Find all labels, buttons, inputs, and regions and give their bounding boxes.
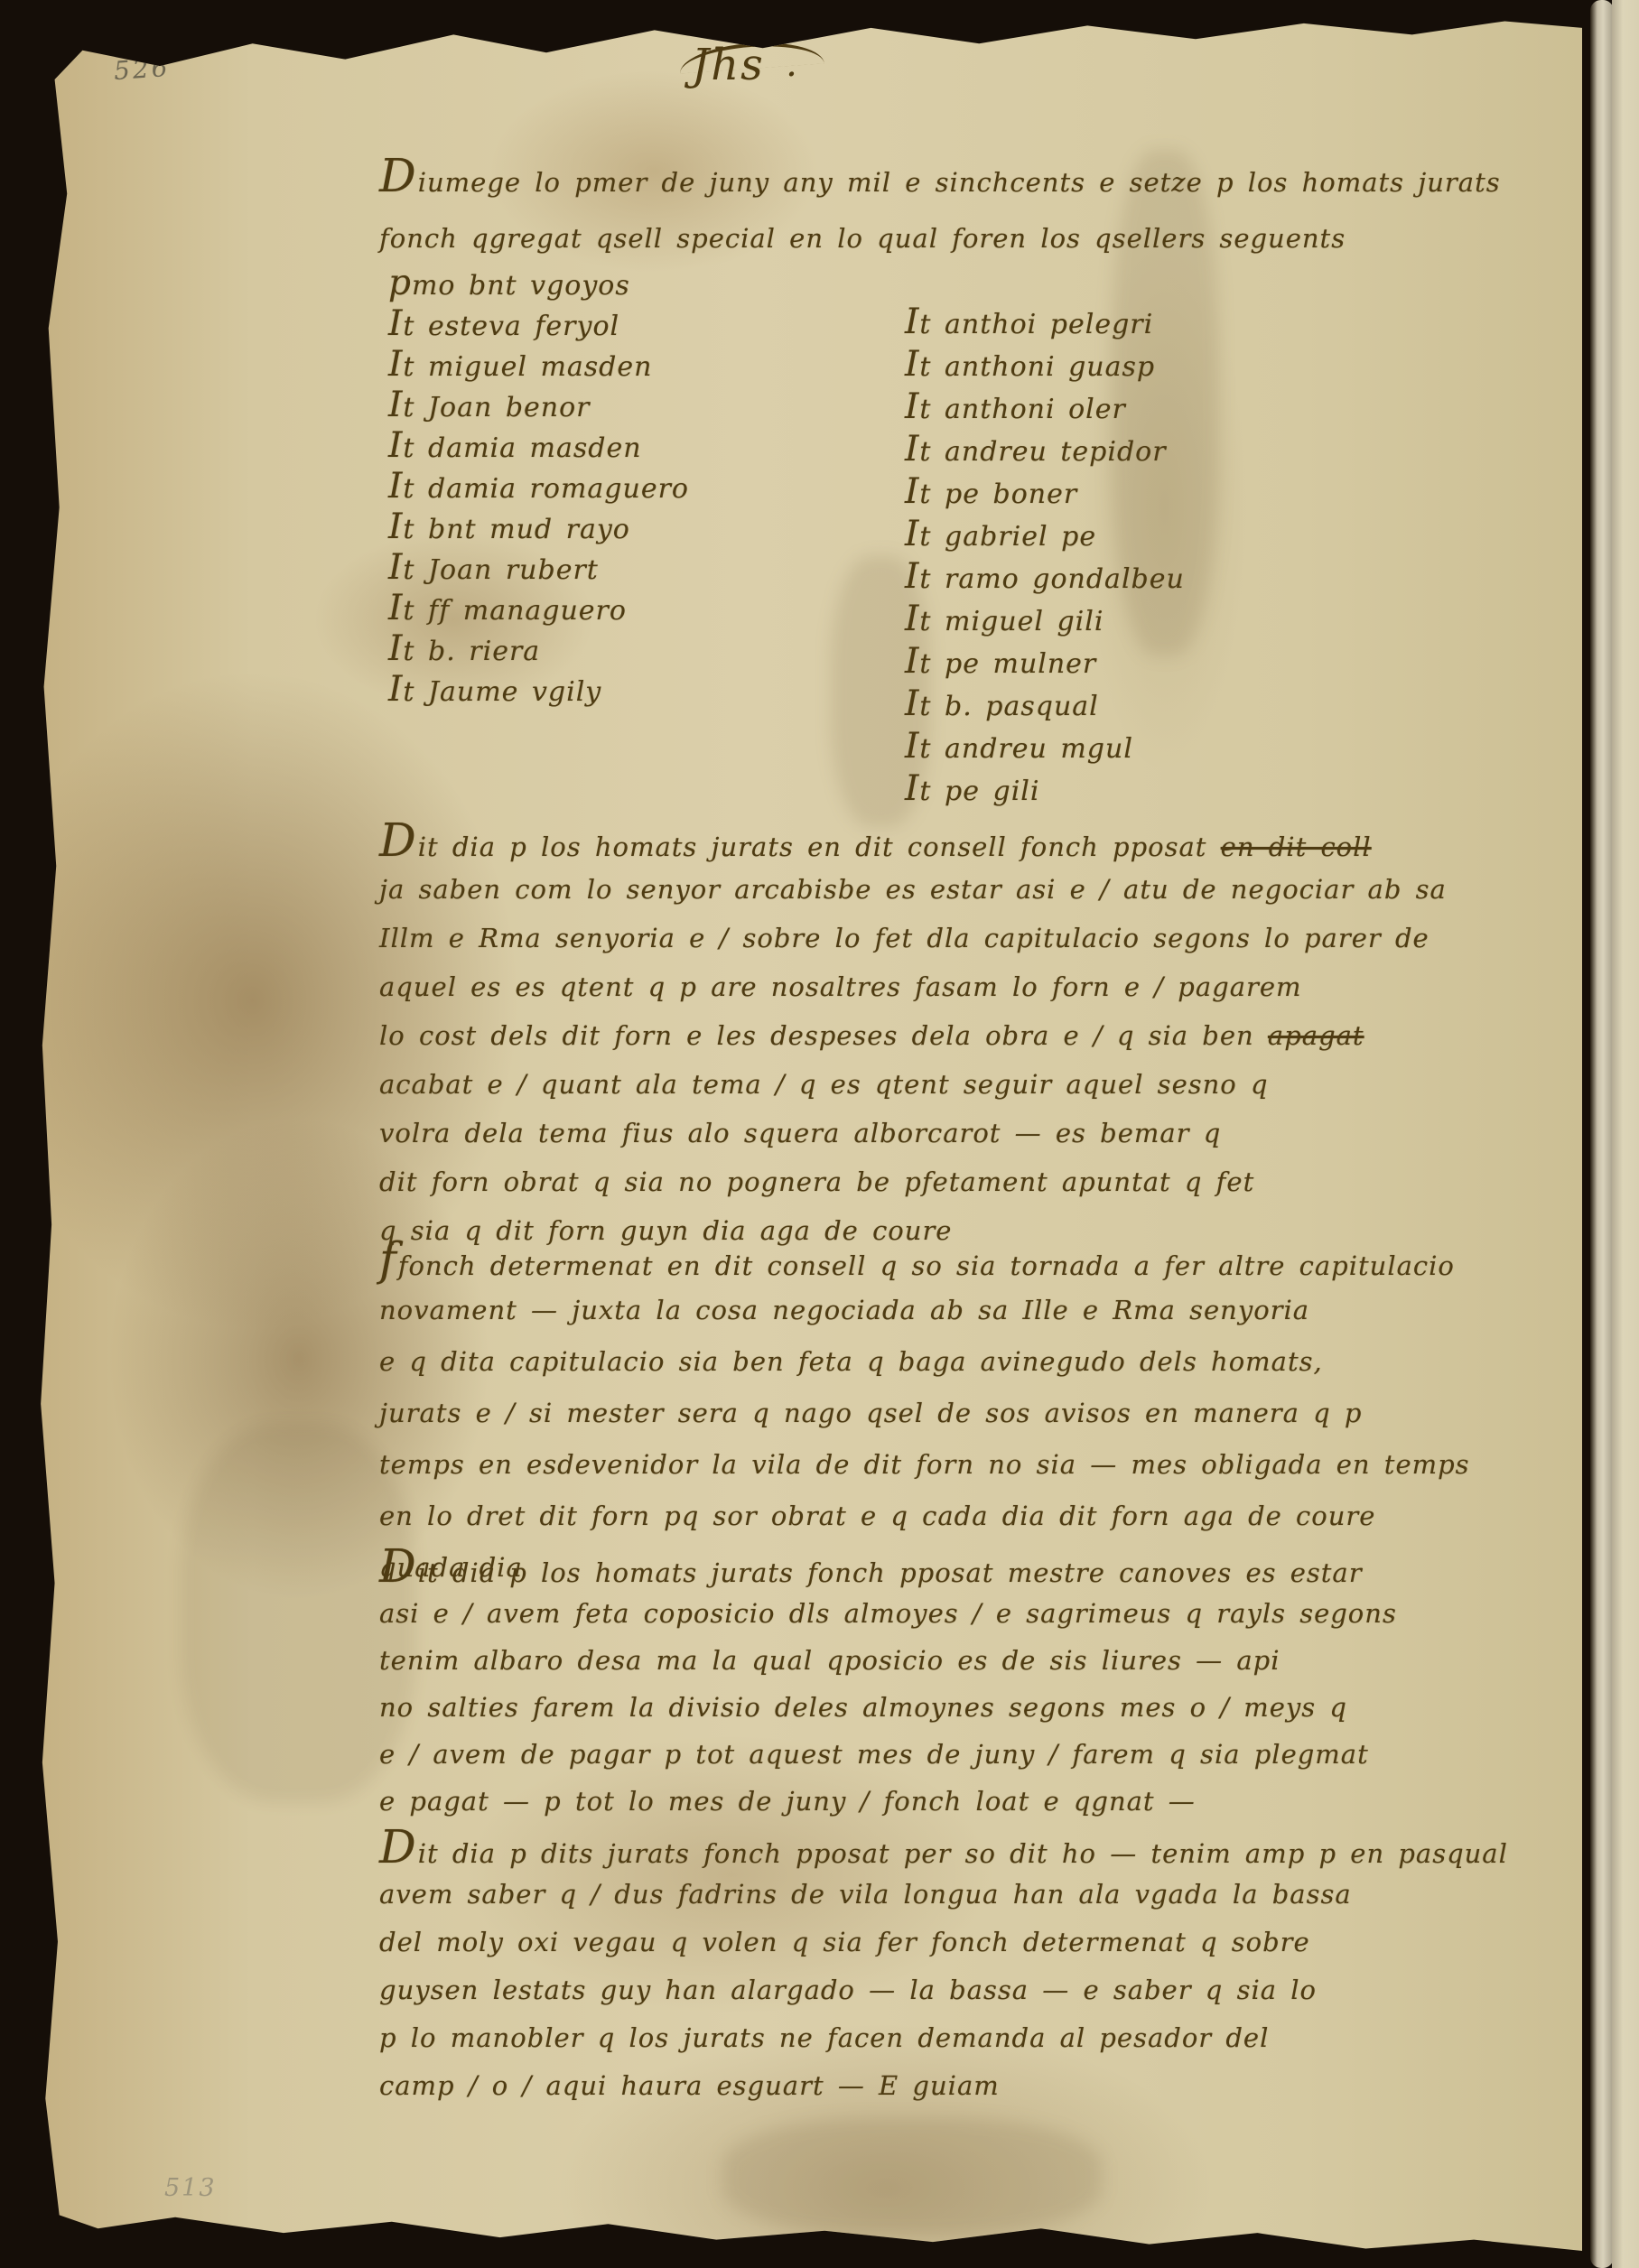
text-line: en lo dret dit forn pq sor obrat e q cad…: [379, 1492, 1470, 1544]
text-line: It pe gili: [905, 768, 1185, 811]
text-line: It andreu tepidor: [905, 429, 1185, 471]
text-line: Dit dia p los homats jurats fonch pposat…: [379, 1545, 1397, 1592]
text-line: volra dela tema fius alo squera alborcar…: [379, 1111, 1447, 1159]
text-line: It esteva feryol: [388, 304, 689, 345]
text-line: It damia masden: [388, 426, 689, 467]
text-line: It Joan benor: [388, 386, 689, 426]
struck-text-segment: en dit coll: [1221, 832, 1372, 862]
session-heading: Diumege lo pmer de juny any mil e sinchc…: [379, 148, 1501, 266]
text-line: e q dita capitulacio sia ben feta q baga…: [379, 1338, 1470, 1390]
text-line: no salties farem la divisio deles almoyn…: [379, 1686, 1397, 1733]
text-line: It ff managuero: [388, 589, 689, 629]
text-line: tenim albaro desa ma la qual qposicio es…: [379, 1639, 1397, 1686]
text-segment: lo cost dels dit forn e les despeses del…: [379, 1020, 1268, 1051]
text-line: asi e / avem feta coposicio dls almoyes …: [379, 1592, 1397, 1639]
text-line: lo cost dels dit forn e les despeses del…: [379, 1013, 1447, 1062]
text-segment: Dit dia p los homats jurats en dit conse…: [379, 832, 1221, 862]
ihs-monogram: Jhs: [692, 40, 765, 90]
text-line: aquel es es qtent q p are nosaltres fasa…: [379, 964, 1447, 1013]
manuscript-page: 526 Jhs Diumege lo pmer de juny any mil …: [36, 14, 1582, 2255]
text-line: ja saben com lo senyor arcabisbe es esta…: [379, 867, 1447, 916]
text-line: camp / o / aqui haura esguart — E guiam: [379, 2064, 1508, 2112]
text-line: It damia romaguero: [388, 467, 689, 507]
paragraph-almoynes-payment: Dit dia p los homats jurats fonch pposat…: [379, 1545, 1397, 1826]
text-line: p lo manobler q los jurats ne facen dema…: [379, 2016, 1508, 2064]
text-line: fonch qgregat qsell special en lo qual f…: [379, 210, 1501, 266]
text-line: It miguel masden: [388, 345, 689, 386]
text-line: del moly oxi vegau q volen q sia fer fon…: [379, 1920, 1508, 1968]
text-line: It anthoni oler: [905, 386, 1185, 429]
text-line: Dit dia p los homats jurats en dit conse…: [379, 818, 1447, 867]
text-line: It andreu mgul: [905, 726, 1185, 768]
councillor-list-right: It anthoi pelegriIt anthoni guaspIt anth…: [905, 302, 1185, 811]
text-line: avem saber q / dus fadrins de vila longu…: [379, 1873, 1508, 1920]
text-line: It b. pasqual: [905, 683, 1185, 726]
text-line: It gabriel pe: [905, 514, 1185, 556]
paragraph-mill-basin: Dit dia p dits jurats fonch pposat per s…: [379, 1825, 1508, 2112]
text-line: Diumege lo pmer de juny any mil e sinchc…: [379, 148, 1501, 210]
folio-number: 526: [113, 52, 172, 86]
text-line: jurats e / si mester sera q nago qsel de…: [379, 1390, 1470, 1441]
text-line: It miguel gili: [905, 599, 1185, 641]
text-line: novament — juxta la cosa negociada ab sa…: [379, 1287, 1470, 1338]
text-line: It Jaume vgily: [388, 670, 689, 711]
text-line: temps en esdevenidor la vila de dit forn…: [379, 1441, 1470, 1492]
next-page-edge: [1612, 0, 1639, 2268]
text-line: Dit dia p dits jurats fonch pposat per s…: [379, 1825, 1508, 1873]
pencil-number: 513: [164, 2174, 217, 2202]
text-line: It b. riera: [388, 629, 689, 670]
text-line: It bnt mud rayo: [388, 507, 689, 548]
text-line: It anthoni guasp: [905, 344, 1185, 386]
text-line: pmo bnt vgoyos: [388, 264, 689, 304]
text-line: It anthoi pelegri: [905, 302, 1185, 344]
text-line: It Joan rubert: [388, 548, 689, 589]
text-line: It ramo gondalbeu: [905, 556, 1185, 599]
text-line: It pe mulner: [905, 641, 1185, 683]
text-line: acabat e / quant ala tema / q es qtent s…: [379, 1062, 1447, 1111]
text-line: guysen lestats guy han alargado — la bas…: [379, 1968, 1508, 2016]
manuscript-scan: 526 Jhs Diumege lo pmer de juny any mil …: [0, 0, 1639, 2268]
text-line: dit forn obrat q sia no pognera be pfeta…: [379, 1159, 1447, 1208]
paragraph-archbishop-resolution: Dit dia p los homats jurats en dit conse…: [379, 818, 1447, 1257]
text-line: e / avem de pagar p tot aquest mes de ju…: [379, 1733, 1397, 1780]
councillor-list-left: pmo bnt vgoyosIt esteva feryolIt miguel …: [388, 264, 689, 711]
text-line: e pagat — p tot lo mes de juny / fonch l…: [379, 1780, 1397, 1826]
struck-text-segment: apagat: [1268, 1020, 1364, 1051]
page-rolled-edge: [1590, 0, 1614, 2268]
text-line: ffonch determenat en dit consell q so si…: [379, 1235, 1470, 1287]
text-line: It pe boner: [905, 471, 1185, 514]
water-stain: [722, 2118, 1102, 2235]
text-line: Illm e Rma senyoria e / sobre lo fet dla…: [379, 916, 1447, 964]
paragraph-new-capitulation: ffonch determenat en dit consell q so si…: [379, 1235, 1470, 1595]
